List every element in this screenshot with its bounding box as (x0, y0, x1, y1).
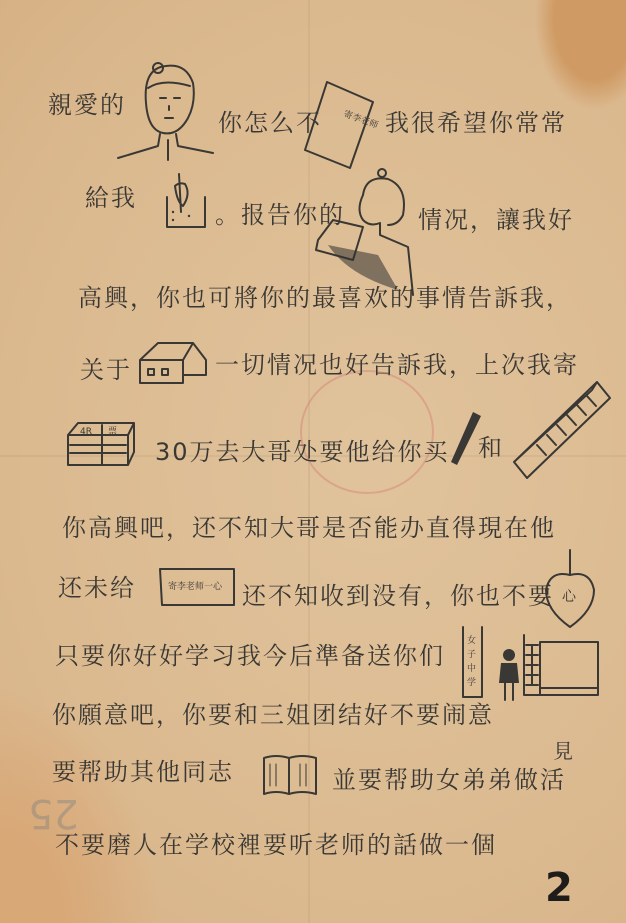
money-stack-drawing: 4R 票 (66, 420, 138, 468)
greeting-text: 親愛的 (48, 85, 126, 120)
text-line-5a: 30万去大哥处要他给你买 (155, 432, 450, 467)
girl-portrait-drawing (118, 58, 218, 163)
note-text: 寄李老师一心 (168, 580, 223, 592)
text-line-4b: 一切情况也好告訴我，上次我寄 (215, 345, 579, 380)
school-building-drawing (522, 630, 602, 700)
text-line-10b: 並要帮助女弟弟做活 (332, 760, 566, 795)
svg-text:4R: 4R (80, 427, 92, 437)
school-sign-drawing: 女子 中学 (460, 625, 484, 700)
page-number: 2 (545, 865, 575, 911)
svg-text:子: 子 (467, 649, 476, 660)
hand-writing-drawing (165, 172, 210, 232)
text-line-4a: 关于 (80, 350, 132, 385)
text-line-2c: 情况，讓我好 (418, 200, 574, 235)
text-line-3: 高興，你也可將你的最喜欢的事情告訴我， (78, 278, 572, 313)
student-drawing (497, 648, 521, 703)
heart-text: 心 (562, 589, 577, 605)
heart-drawing: 心 (542, 545, 598, 635)
envelope-text: 寄李老师 (342, 108, 380, 132)
text-line-7b: 还不知收到没有，你也不要 (242, 576, 554, 611)
text-line-5b: 和 (478, 428, 504, 463)
text-line-2a: 給我 (85, 178, 137, 213)
letter-page: 25 親愛的 你怎么不 寄李老师 我很希望你常常 給我 。报告你的 (0, 0, 626, 923)
svg-text:中: 中 (467, 662, 476, 674)
text-line-8: 只要你好好学习我今后準备送你们 (55, 636, 445, 671)
book-drawing (262, 752, 318, 797)
text-line-7a: 还未给 (58, 568, 136, 603)
text-line-6: 你高興吧，还不知大哥是否能办直得現在他 (62, 508, 556, 543)
svg-text:票: 票 (108, 426, 117, 437)
text-line-11: 不要磨人在学校裡要听老师的話做一個 (55, 825, 497, 860)
house-drawing (138, 335, 210, 385)
harmonica-drawing (512, 380, 612, 480)
svg-text:学: 学 (467, 676, 476, 688)
text-line-10a: 要帮助其他同志 (52, 752, 234, 787)
envelope-drawing: 寄李老师 (305, 80, 375, 170)
svg-text:女: 女 (467, 634, 476, 646)
letter-note-drawing: 寄李老师一心 (158, 567, 236, 607)
text-line-9: 你願意吧，你要和三姐团结好不要闹意 (52, 695, 494, 730)
text-line-1c: 我很希望你常常 (385, 103, 567, 138)
